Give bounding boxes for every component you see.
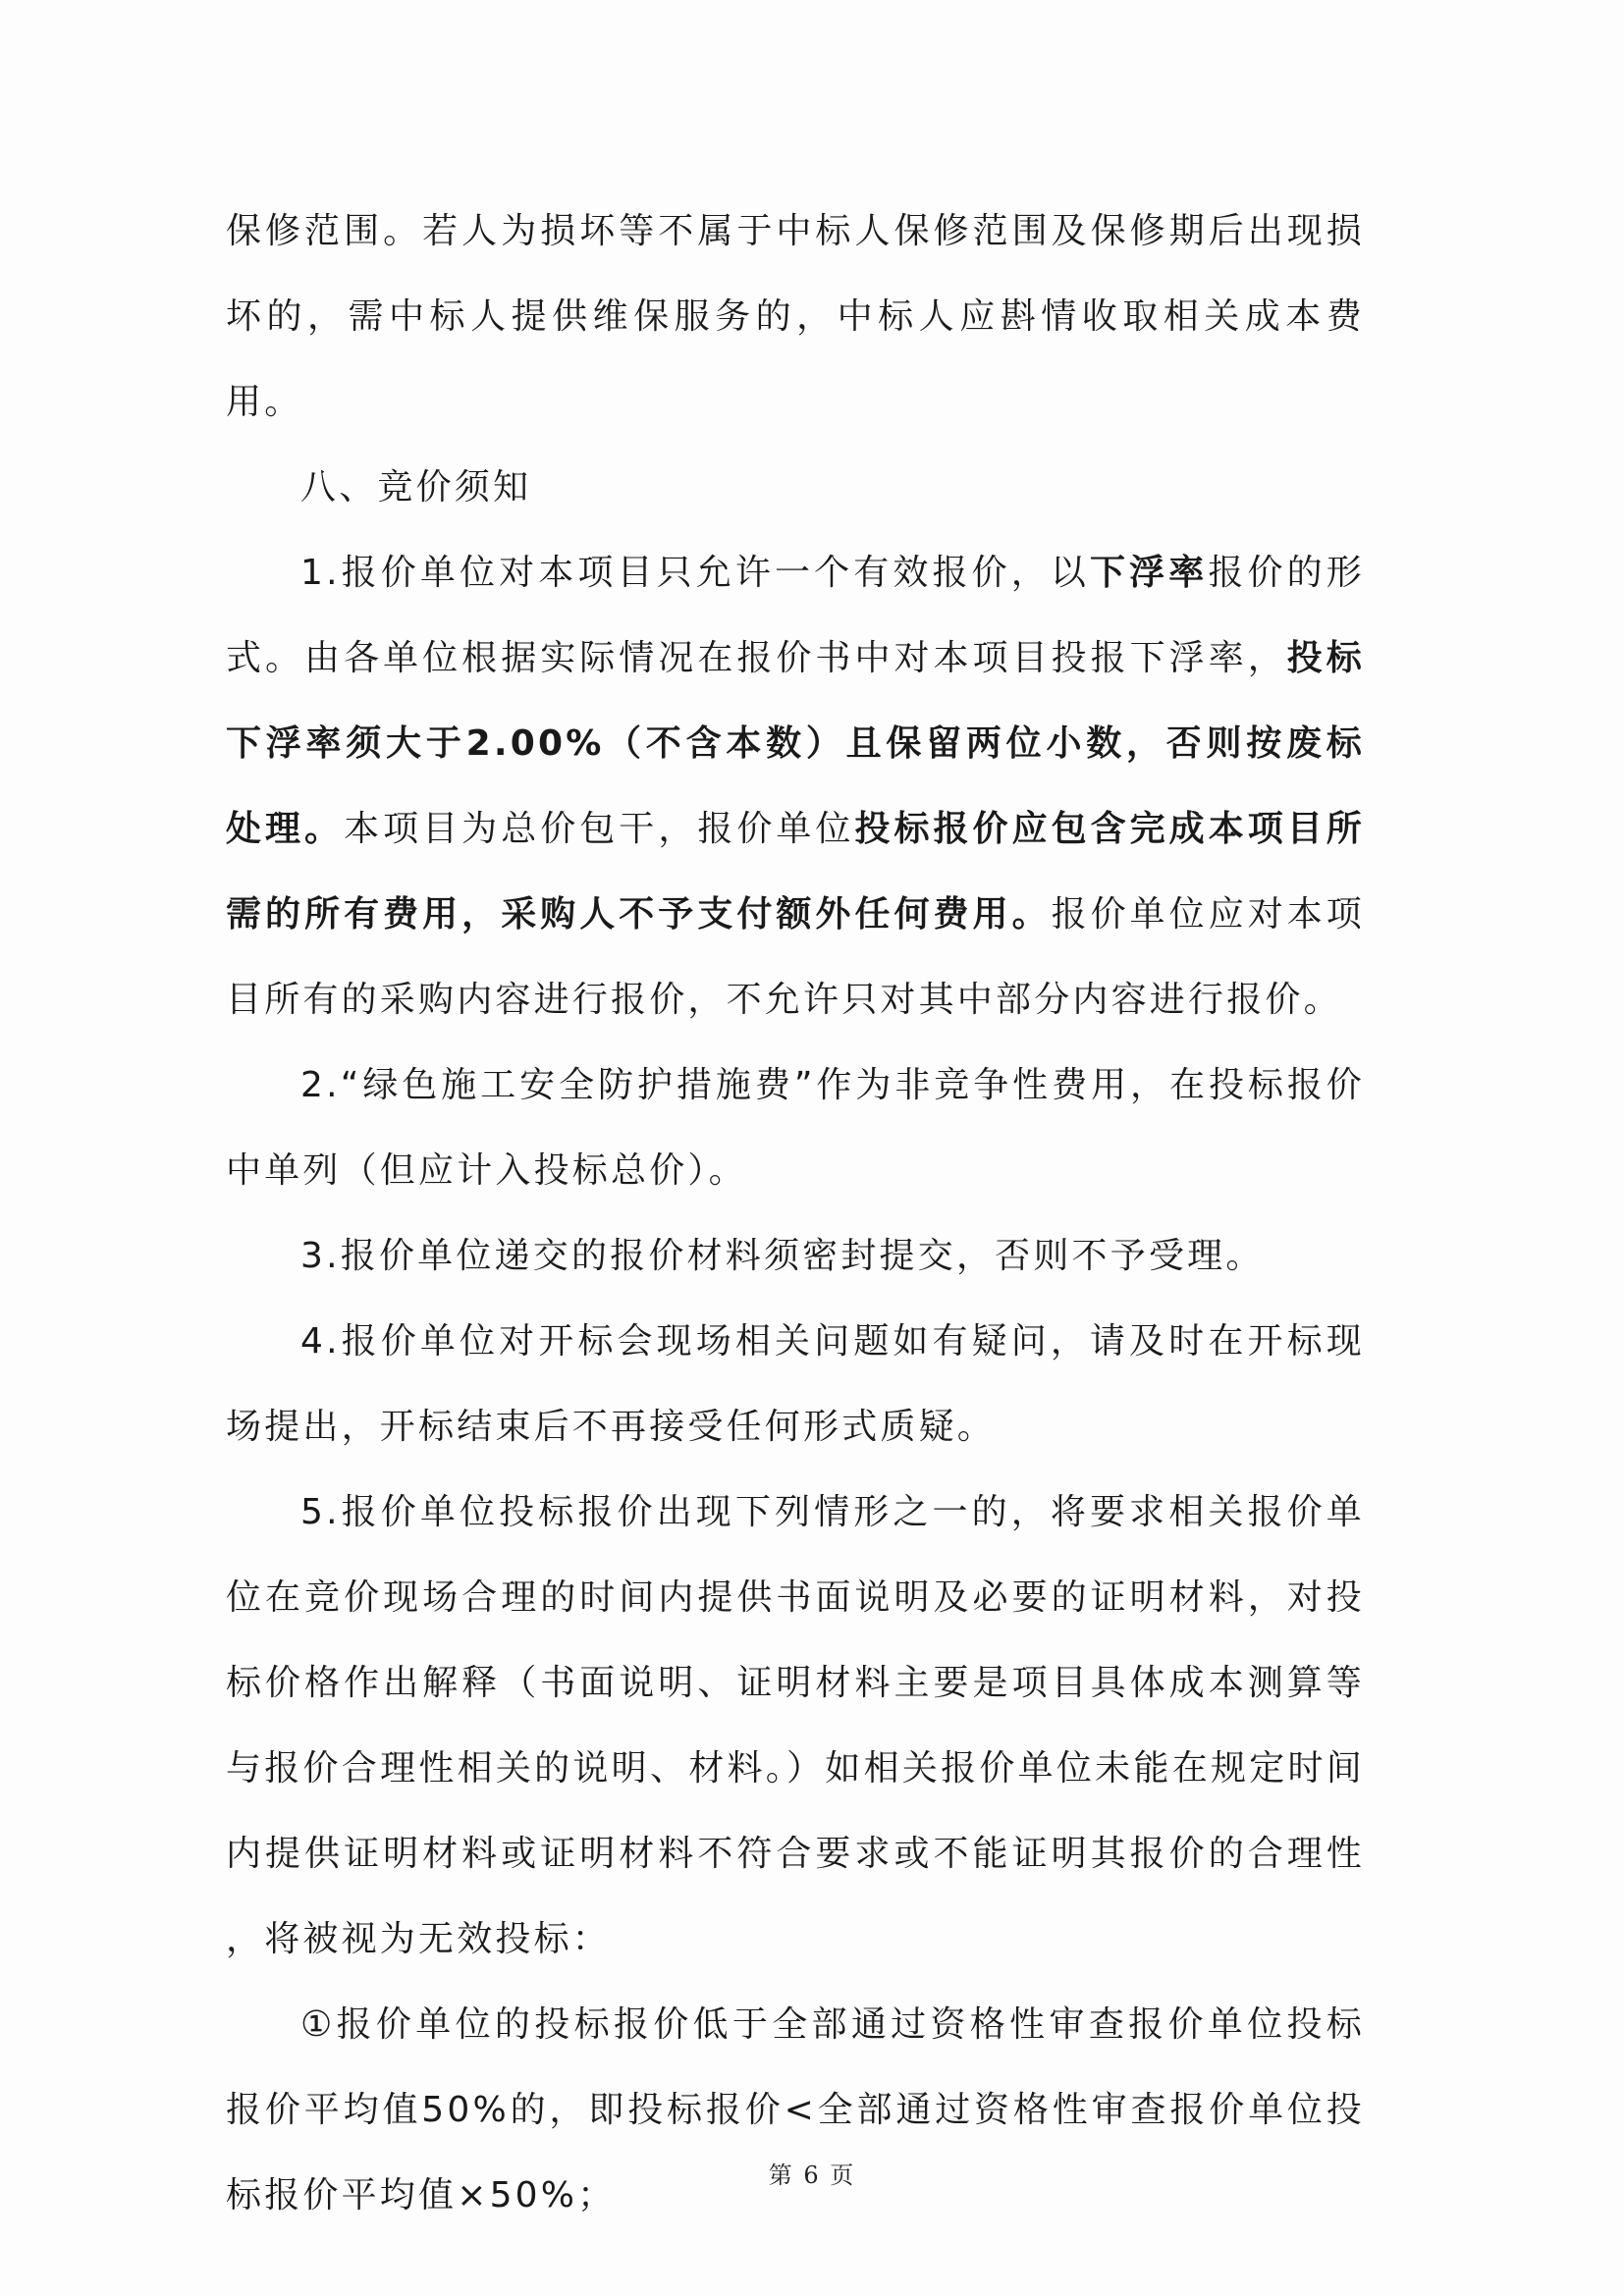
- paragraph-item-3: 3.报价单位递交的报价材料须密封提交，否则不予受理。: [226, 1213, 1365, 1299]
- paragraph-item-4: 4.报价单位对开标会现场相关问题如有疑问，请及时在开标现场提出，开标结束后不再接…: [226, 1299, 1365, 1469]
- paragraph-item-5-sub-1: ①报价单位的投标报价低于全部通过资格性审查报价单位投标报价平均值50%的，即投标…: [226, 1982, 1365, 2238]
- text-segment: 5.报价单位投标报价出现下列情形之一的，将要求相关报价单位在竞价现场合理的时间内…: [226, 1492, 1365, 1959]
- paragraph-item-1: 1.报价单位对本项目只允许一个有效报价，以下浮率报价的形式。由各单位根据实际情况…: [226, 530, 1365, 1042]
- text-segment: 3.报价单位递交的报价材料须密封提交，否则不予受理。: [300, 1236, 1265, 1276]
- text-segment: 1.报价单位对本项目只允许一个有效报价，以: [300, 553, 1090, 593]
- bold-text-segment: 下浮率: [1090, 553, 1208, 593]
- text-segment: 4.报价单位对开标会现场相关问题如有疑问，请及时在开标现场提出，开标结束后不再接…: [226, 1321, 1365, 1447]
- document-body: 保修范围。若人为损坏等不属于中标人保修范围及保修期后出现损坏的，需中标人提供维保…: [226, 188, 1365, 2238]
- text-segment: 2.“绿色施工安全防护措施费”作为非竞争性费用，在投标报价中单列（但应计入投标总…: [226, 1065, 1365, 1191]
- text-segment: 本项目为总价包干，报价单位: [344, 809, 854, 849]
- paragraph-warranty-tail: 保修范围。若人为损坏等不属于中标人保修范围及保修期后出现损坏的，需中标人提供维保…: [226, 188, 1365, 445]
- text-segment: 保修范围。若人为损坏等不属于中标人保修范围及保修期后出现损坏的，需中标人提供维保…: [226, 211, 1365, 422]
- document-page: 保修范围。若人为损坏等不属于中标人保修范围及保修期后出现损坏的，需中标人提供维保…: [0, 0, 1624, 2296]
- paragraph-item-5: 5.报价单位投标报价出现下列情形之一的，将要求相关报价单位在竞价现场合理的时间内…: [226, 1469, 1365, 1982]
- page-number: 第 6 页: [0, 2156, 1624, 2190]
- section-heading-text: 八、竞价须知: [300, 467, 531, 507]
- paragraph-item-2: 2.“绿色施工安全防护措施费”作为非竞争性费用，在投标报价中单列（但应计入投标总…: [226, 1042, 1365, 1213]
- section-heading-bidding-notice: 八、竞价须知: [226, 445, 1365, 530]
